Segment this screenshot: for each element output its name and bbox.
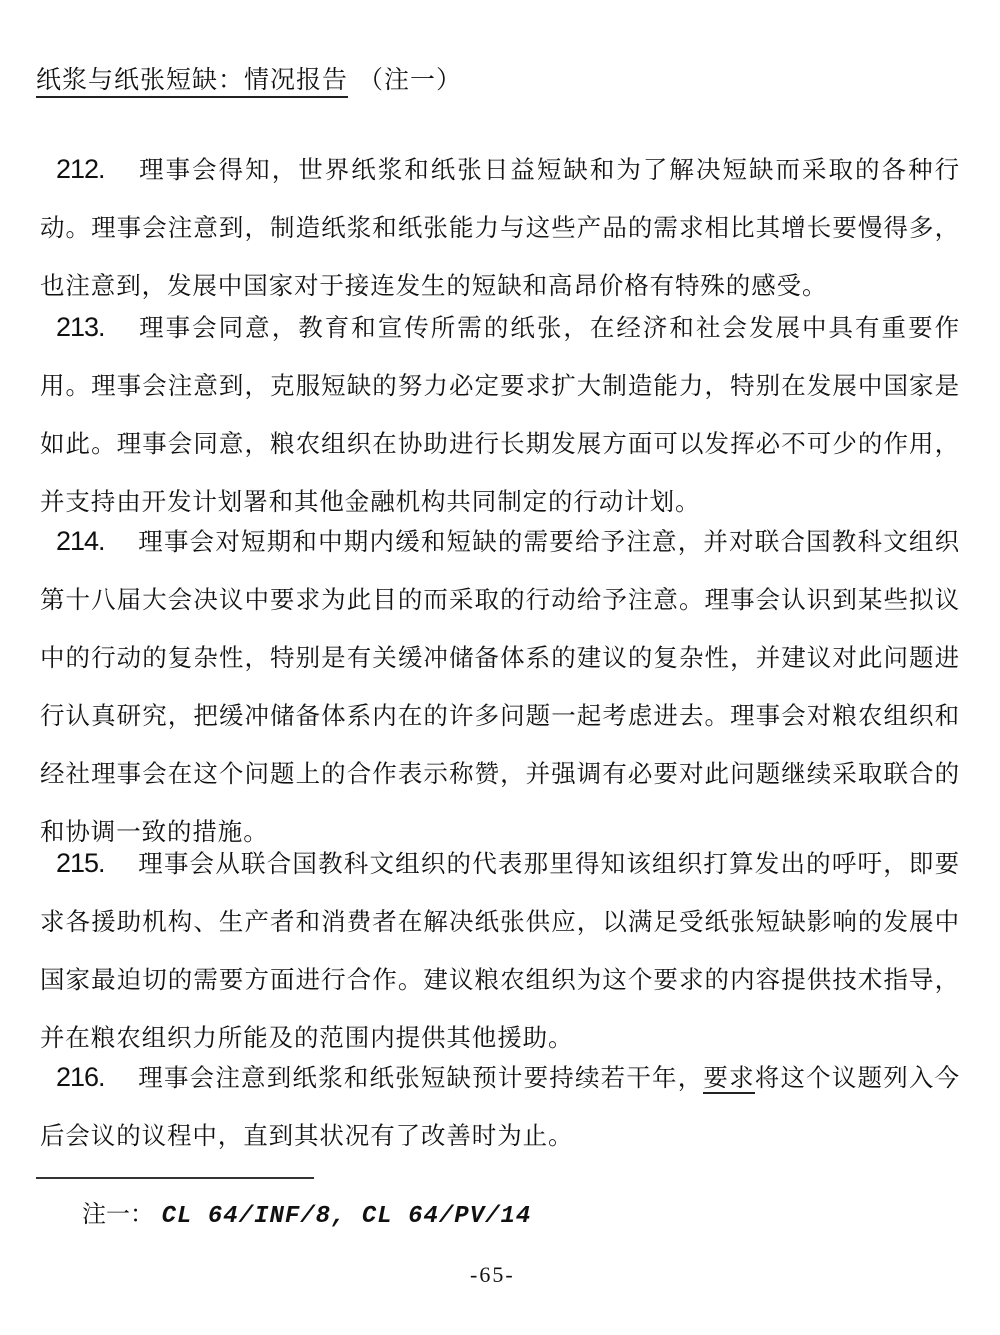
paragraph-number: 213. [40, 298, 138, 356]
paragraph-text: 理事会得知，世界纸浆和纸张日益短缺和为了解决短缺而采取的各种行动。理事会注意到，… [40, 155, 960, 300]
heading-title: 纸浆与纸张短缺：情况报告 [36, 65, 348, 98]
page-number: -65- [470, 1262, 515, 1288]
paragraph-215: 215.理事会从联合国教科文组织的代表那里得知该组织打算发出的呼吁，即要求各援助… [40, 834, 960, 1067]
paragraph-216: 216.理事会注意到纸浆和纸张短缺预计要持续若干年，要求将这个议题列入今后会议的… [40, 1048, 960, 1165]
paragraph-212: 212.理事会得知，世界纸浆和纸张日益短缺和为了解决短缺而采取的各种行动。理事会… [40, 140, 960, 315]
paragraph-number: 216. [40, 1048, 138, 1106]
paragraph-214: 214.理事会对短期和中期内缓和短缺的需要给予注意，并对联合国教科文组织第十八届… [40, 512, 960, 861]
footnote: 注一： CL 64/INF/8, CL 64/PV/14 [82, 1196, 531, 1235]
paragraph-text: 理事会从联合国教科文组织的代表那里得知该组织打算发出的呼吁，即要求各援助机构、生… [40, 849, 960, 1052]
heading-footnote-ref: （注一） [358, 65, 462, 94]
paragraph-number: 215. [40, 834, 138, 892]
paragraph-text-before: 理事会注意到纸浆和纸张短缺预计要持续若干年， [138, 1063, 703, 1092]
paragraph-number: 212. [40, 140, 138, 198]
paragraph-number: 214. [40, 512, 138, 570]
paragraph-text: 理事会同意，教育和宣传所需的纸张，在经济和社会发展中具有重要作用。理事会注意到，… [40, 313, 960, 516]
paragraph-text: 理事会对短期和中期内缓和短缺的需要给予注意，并对联合国教科文组织第十八届大会决议… [40, 527, 960, 846]
footnote-divider [36, 1177, 314, 1179]
paragraph-213: 213.理事会同意，教育和宣传所需的纸张，在经济和社会发展中具有重要作用。理事会… [40, 298, 960, 531]
footnote-refs: CL 64/INF/8, CL 64/PV/14 [162, 1203, 532, 1230]
footnote-label: 注一： [82, 1200, 154, 1228]
section-heading: 纸浆与纸张短缺：情况报告（注一） [36, 62, 462, 98]
underlined-text: 要求 [703, 1063, 754, 1094]
